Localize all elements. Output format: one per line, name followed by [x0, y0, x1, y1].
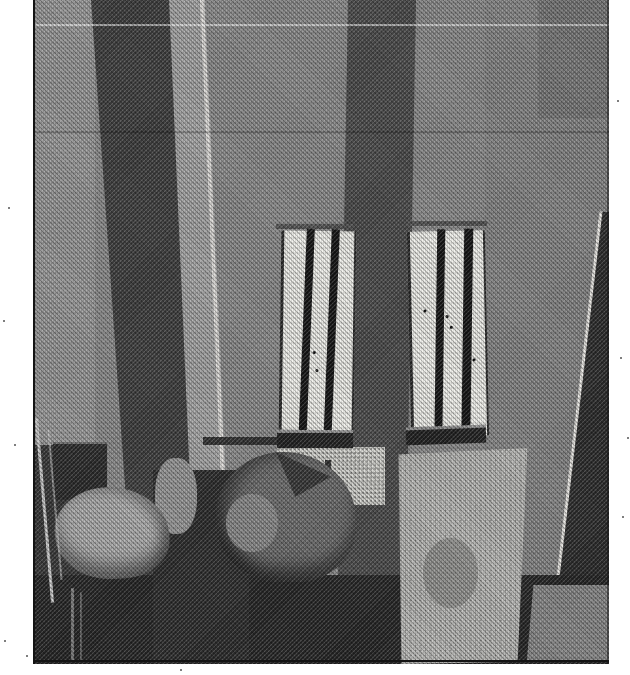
floor-streak	[80, 592, 82, 662]
window-bar	[461, 229, 473, 442]
cell-photograph	[33, 0, 609, 664]
margin-ink-dot	[4, 640, 6, 642]
cell-floor	[33, 575, 609, 664]
pane-speckle	[315, 369, 318, 372]
leaning-door-panel	[393, 448, 533, 664]
window-bar	[299, 229, 315, 436]
margin-ink-dot	[180, 669, 182, 671]
bedding-highlight	[226, 494, 278, 552]
margin-ink-dot	[26, 655, 28, 657]
floor-streak	[71, 588, 74, 662]
margin-ink-dot	[620, 357, 622, 359]
margin-ink-dot	[8, 207, 10, 209]
pane-speckle	[423, 309, 426, 312]
scanned-page	[0, 0, 630, 675]
photo-frame-left	[33, 0, 35, 664]
window-bar	[324, 229, 340, 436]
window-2-lintel	[407, 221, 487, 226]
pane-speckle	[473, 358, 476, 361]
scan-scratch-dark	[33, 131, 609, 133]
pane-speckle	[450, 326, 453, 329]
window-1-sill	[277, 430, 353, 448]
margin-ink-dot	[627, 437, 629, 439]
scan-scratch-light	[33, 24, 609, 26]
margin-ink-dot	[622, 516, 624, 518]
window-bar	[434, 229, 445, 442]
margin-ink-dot	[3, 320, 5, 322]
margin-ink-dot	[14, 444, 16, 446]
panel-smudge	[423, 538, 478, 608]
sill-ledge-extension	[203, 437, 279, 445]
barred-window-1	[279, 230, 357, 430]
margin-ink-dot	[617, 100, 619, 102]
photo-frame-right	[607, 0, 609, 664]
barred-window-2	[407, 230, 489, 437]
pane-speckle	[446, 315, 449, 318]
bedding-heap	[216, 452, 356, 582]
lower-right-wall-patch	[525, 585, 609, 662]
upper-right-wall-patch	[538, 0, 609, 118]
window-2-sill	[406, 425, 487, 446]
window-1-lintel	[276, 224, 354, 229]
pane-speckle	[313, 351, 316, 354]
photo-frame-bottom	[33, 660, 609, 662]
